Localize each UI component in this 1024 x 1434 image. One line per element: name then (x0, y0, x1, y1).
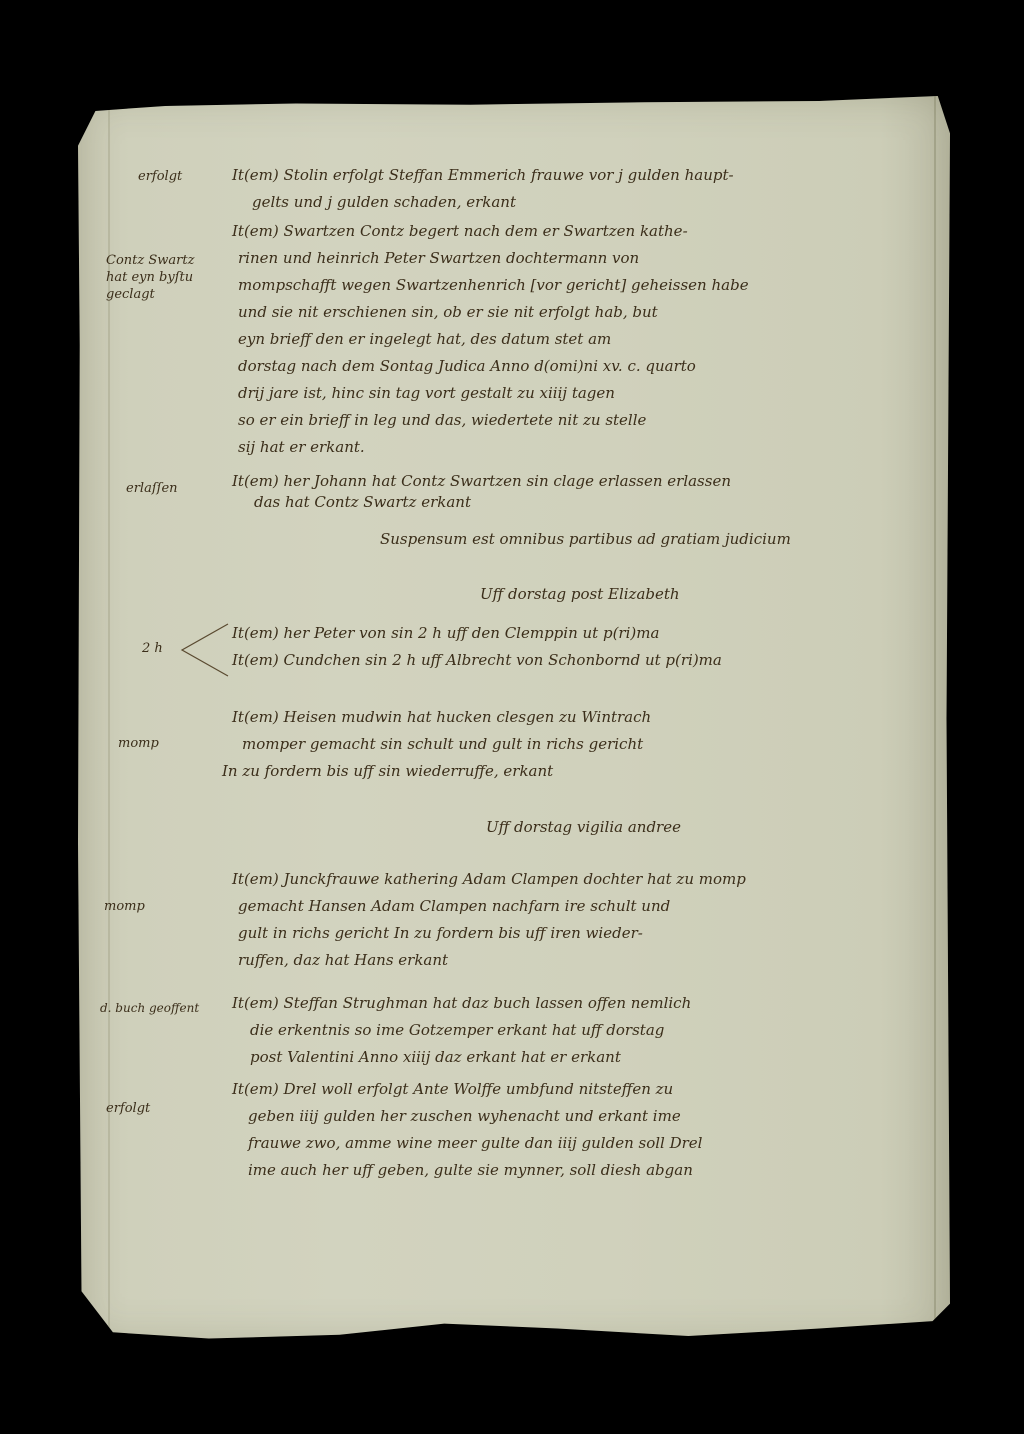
entry-line: It(em) Drel woll erfolgt Ante Wolffe umb… (232, 1076, 932, 1103)
entry-steffan-strughman: It(em) Steffan Strughman hat daz buch la… (232, 990, 932, 1071)
entry-line: It(em) her Peter von sin 2 h uff den Cle… (232, 620, 932, 647)
entry-line: drij jare ist, hinc sin tag vort gestalt… (232, 380, 932, 407)
entry-heisen: It(em) Heisen mudwin hat hucken clesgen … (232, 704, 932, 785)
entry-line: In zu fordern bis uff sin wiederruffe, e… (222, 758, 932, 785)
entry-swartzen-contz: It(em) Swartzen Contz begert nach dem er… (232, 218, 932, 461)
section-heading: Uff dorstag vigilia andree (486, 818, 681, 836)
entry-line: so er ein brieff in leg und das, wiedert… (232, 407, 932, 434)
entry-line: momper gemacht sin schult und gult in ri… (232, 731, 932, 758)
margin-note-line: Contz Swartz (106, 252, 194, 269)
entry-line: die erkentnis so ime Gotzemper erkant ha… (232, 1017, 932, 1044)
margin-note-erlassen: erlaſſen (126, 480, 178, 497)
entry-line: eyn brieff den er ingelegt hat, des datu… (232, 326, 932, 353)
margin-note-line: geclagt (106, 286, 194, 303)
entry-line: frauwe zwo, amme wine meer gulte dan iii… (232, 1130, 932, 1157)
entry-her-peter: It(em) her Peter von sin 2 h uff den Cle… (232, 620, 932, 674)
entry-line: gult in richs gericht In zu fordern bis … (232, 920, 932, 947)
entry-line: gelts und j gulden schaden, erkant (232, 189, 932, 216)
entry-stolin: It(em) Stolin erfolgt Steffan Emmerich f… (232, 162, 932, 216)
entry-line: It(em) Stolin erfolgt Steffan Emmerich f… (232, 162, 932, 189)
entry-line: It(em) Swartzen Contz begert nach dem er… (232, 218, 932, 245)
entry-line: Suspensum est omnibus partibus ad gratia… (380, 526, 1024, 553)
entry-line: mompschafft wegen Swartzenhenrich [vor g… (232, 272, 932, 299)
margin-note-erfolgt: erfolgt (106, 1100, 150, 1117)
entry-line: sij hat er erkant. (232, 434, 932, 461)
paper-stain (246, 1376, 311, 1419)
entry-line: It(em) Cundchen sin 2 h uff Albrecht von… (232, 647, 932, 674)
margin-note-erfolgt: erfolgt (138, 168, 182, 185)
entry-line: ruffen, daz hat Hans erkant (232, 947, 932, 974)
entry-line: ime auch her uff geben, gulte sie mynner… (232, 1157, 932, 1184)
entry-drel-woll: It(em) Drel woll erfolgt Ante Wolffe umb… (232, 1076, 932, 1184)
bracket-icon (178, 622, 230, 678)
entry-her-johann: It(em) her Johann hat Contz Swartzen sin… (232, 468, 932, 516)
entry-line: geben iiij gulden her zuschen wyhenacht … (232, 1103, 932, 1130)
entry-line: dorstag nach dem Sontag Judica Anno d(om… (232, 353, 932, 380)
margin-note-line: hat eyn byſtu (106, 269, 194, 286)
margin-note-2h: 2 h (142, 640, 163, 657)
margin-note-contz-swartz: Contz Swartz hat eyn byſtu geclagt (106, 252, 194, 303)
margin-note-buch-geoffent: d. buch geoffent (100, 1000, 199, 1017)
entry-line: post Valentini Anno xiiij daz erkant hat… (232, 1044, 932, 1071)
entry-junckfrauwe: It(em) Junckfrauwe kathering Adam Clampe… (232, 866, 932, 974)
entry-line: und sie nit erschienen sin, ob er sie ni… (232, 299, 932, 326)
margin-note-momp: momp (118, 735, 159, 752)
entry-line: It(em) Steffan Strughman hat daz buch la… (232, 990, 932, 1017)
entry-line: rinen und heinrich Peter Swartzen dochte… (232, 245, 932, 272)
entry-line: It(em) Junckfrauwe kathering Adam Clampe… (232, 866, 932, 893)
entry-suspensum: Suspensum est omnibus partibus ad gratia… (380, 526, 1024, 553)
margin-note-momp: momp (104, 898, 145, 915)
section-heading: Uff dorstag post Elizabeth (480, 585, 680, 603)
entry-line: gemacht Hansen Adam Clampen nachfarn ire… (232, 893, 932, 920)
entry-line: It(em) Heisen mudwin hat hucken clesgen … (232, 704, 932, 731)
